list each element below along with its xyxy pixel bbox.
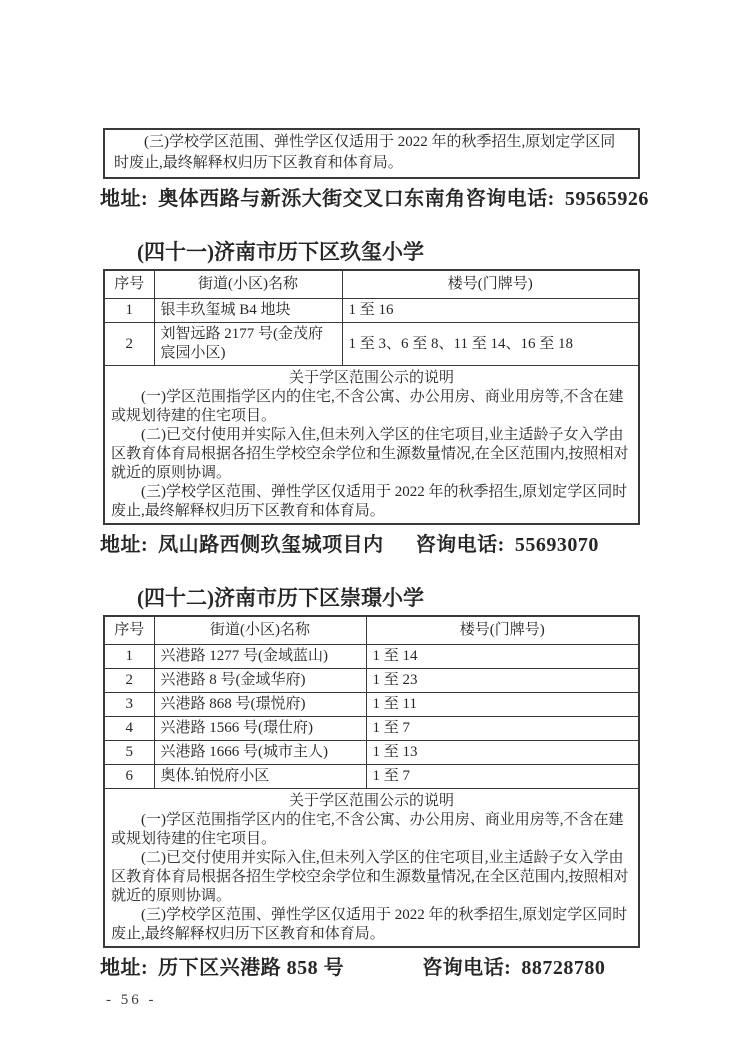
notice-paragraph: (三)学校学区范围、弹性学区仅适用于 2022 年的秋季招生,原划定学区同时废止…	[111, 906, 632, 944]
street-name-cell: 兴港路 868 号(璟悦府)	[154, 693, 366, 717]
phone-number: 59565926	[565, 188, 649, 210]
column-header-street: 街道(小区)名称	[154, 270, 342, 299]
street-name-cell: 刘智远路 2177 号(金茂府宸园小区)	[154, 323, 342, 366]
table-row: 2 刘智远路 2177 号(金茂府宸园小区) 1 至 3、6 至 8、11 至 …	[104, 323, 639, 366]
column-header-building: 楼号(门牌号)	[366, 616, 639, 645]
table-row: 5 兴港路 1666 号(城市主人) 1 至 13	[104, 741, 639, 765]
section-title: (四十一)济南市历下区玖玺小学	[137, 240, 640, 265]
notice-paragraph: (二)已交付使用并实际入住,但未列入学区的住宅项目,业主适龄子女入学由区教育体育…	[111, 849, 632, 906]
phone-number: 88728780	[521, 957, 605, 979]
building-number-cell: 1 至 11	[366, 693, 639, 717]
phone-label: 咨询电话:	[422, 957, 511, 979]
building-number-cell: 1 至 16	[342, 299, 639, 323]
address-label: 地址:	[100, 957, 148, 979]
address-line: 地址:历下区兴港路 858 号咨询电话:88728780	[100, 954, 640, 982]
school-section-41: (四十一)济南市历下区玖玺小学 序号 街道(小区)名称 楼号(门牌号) 1 银丰…	[100, 240, 640, 559]
row-index-cell: 5	[104, 741, 154, 765]
phone-label: 咨询电话:	[416, 534, 505, 556]
row-index-cell: 1	[104, 299, 154, 323]
table-row: 4 兴港路 1566 号(璟仕府) 1 至 7	[104, 717, 639, 741]
district-table: 序号 街道(小区)名称 楼号(门牌号) 1 银丰玖玺城 B4 地块 1 至 16…	[103, 269, 640, 525]
building-number-cell: 1 至 7	[366, 717, 639, 741]
column-header-building: 楼号(门牌号)	[342, 270, 639, 299]
document-page: (三)学校学区范围、弹性学区仅适用于 2022 年的秋季招生,原划定学区同时废止…	[0, 0, 740, 1046]
table-row: 2 兴港路 8 号(金域华府) 1 至 23	[104, 669, 639, 693]
notice-title: 关于学区范围公示的说明	[111, 791, 632, 811]
building-number-cell: 1 至 23	[366, 669, 639, 693]
notice-paragraph: (三)学校学区范围、弹性学区仅适用于 2022 年的秋季招生,原划定学区同时废止…	[111, 483, 632, 521]
table-row: 1 银丰玖玺城 B4 地块 1 至 16	[104, 299, 639, 323]
table-header-row: 序号 街道(小区)名称 楼号(门牌号)	[104, 616, 639, 645]
notice-paragraph: (一)学区范围指学区内的住宅,不含公寓、办公用房、商业用房等,不含在建或规划待建…	[111, 388, 632, 426]
notice-cell: 关于学区范围公示的说明 (一)学区范围指学区内的住宅,不含公寓、办公用房、商业用…	[104, 789, 639, 948]
street-name-cell: 兴港路 1566 号(璟仕府)	[154, 717, 366, 741]
continuation-notice-box: (三)学校学区范围、弹性学区仅适用于 2022 年的秋季招生,原划定学区同时废止…	[103, 128, 640, 179]
notice-paragraph: (一)学区范围指学区内的住宅,不含公寓、办公用房、商业用房等,不含在建或规划待建…	[111, 811, 632, 849]
school-section-42: (四十二)济南市历下区崇璟小学 序号 街道(小区)名称 楼号(门牌号) 1 兴港…	[100, 586, 640, 982]
district-table: 序号 街道(小区)名称 楼号(门牌号) 1 兴港路 1277 号(金域蓝山) 1…	[103, 615, 640, 948]
street-name-cell: 兴港路 1277 号(金域蓝山)	[154, 645, 366, 669]
table-header-row: 序号 街道(小区)名称 楼号(门牌号)	[104, 270, 639, 299]
building-number-cell: 1 至 7	[366, 765, 639, 789]
row-index-cell: 6	[104, 765, 154, 789]
notice-title: 关于学区范围公示的说明	[111, 368, 632, 388]
address-line: 地址:奥体西路与新泺大街交叉口东南角咨询电话:59565926	[100, 185, 640, 213]
table-row: 6 奥体.铂悦府小区 1 至 7	[104, 765, 639, 789]
address-label: 地址:	[100, 188, 148, 210]
address-line: 地址:凤山路西侧玖玺城项目内咨询电话:55693070	[100, 531, 640, 559]
street-name-cell: 奥体.铂悦府小区	[154, 765, 366, 789]
column-header-index: 序号	[104, 270, 154, 299]
row-index-cell: 4	[104, 717, 154, 741]
street-name-cell: 兴港路 1666 号(城市主人)	[154, 741, 366, 765]
phone-label: 咨询电话:	[466, 188, 555, 210]
row-index-cell: 2	[104, 323, 154, 366]
section-title: (四十二)济南市历下区崇璟小学	[137, 586, 640, 611]
row-index-cell: 3	[104, 693, 154, 717]
notice-paragraph: (二)已交付使用并实际入住,但未列入学区的住宅项目,业主适龄子女入学由区教育体育…	[111, 426, 632, 483]
building-number-cell: 1 至 3、6 至 8、11 至 14、16 至 18	[342, 323, 639, 366]
phone-number: 55693070	[515, 534, 599, 556]
notice-row: 关于学区范围公示的说明 (一)学区范围指学区内的住宅,不含公寓、办公用房、商业用…	[104, 366, 639, 525]
table-row: 3 兴港路 868 号(璟悦府) 1 至 11	[104, 693, 639, 717]
notice-paragraph: (三)学校学区范围、弹性学区仅适用于 2022 年的秋季招生,原划定学区同时废止…	[114, 132, 629, 174]
column-header-index: 序号	[104, 616, 154, 645]
address-value: 历下区兴港路 858 号	[158, 957, 344, 979]
table-row: 1 兴港路 1277 号(金域蓝山) 1 至 14	[104, 645, 639, 669]
page-number: - 56 -	[106, 992, 640, 1009]
column-header-street: 街道(小区)名称	[154, 616, 366, 645]
address-label: 地址:	[100, 534, 148, 556]
address-value: 奥体西路与新泺大街交叉口东南角	[158, 188, 466, 210]
row-index-cell: 2	[104, 669, 154, 693]
notice-cell: 关于学区范围公示的说明 (一)学区范围指学区内的住宅,不含公寓、办公用房、商业用…	[104, 366, 639, 525]
address-value: 凤山路西侧玖玺城项目内	[158, 534, 384, 556]
street-name-cell: 兴港路 8 号(金域华府)	[154, 669, 366, 693]
building-number-cell: 1 至 13	[366, 741, 639, 765]
street-name-cell: 银丰玖玺城 B4 地块	[154, 299, 342, 323]
building-number-cell: 1 至 14	[366, 645, 639, 669]
notice-row: 关于学区范围公示的说明 (一)学区范围指学区内的住宅,不含公寓、办公用房、商业用…	[104, 789, 639, 948]
row-index-cell: 1	[104, 645, 154, 669]
